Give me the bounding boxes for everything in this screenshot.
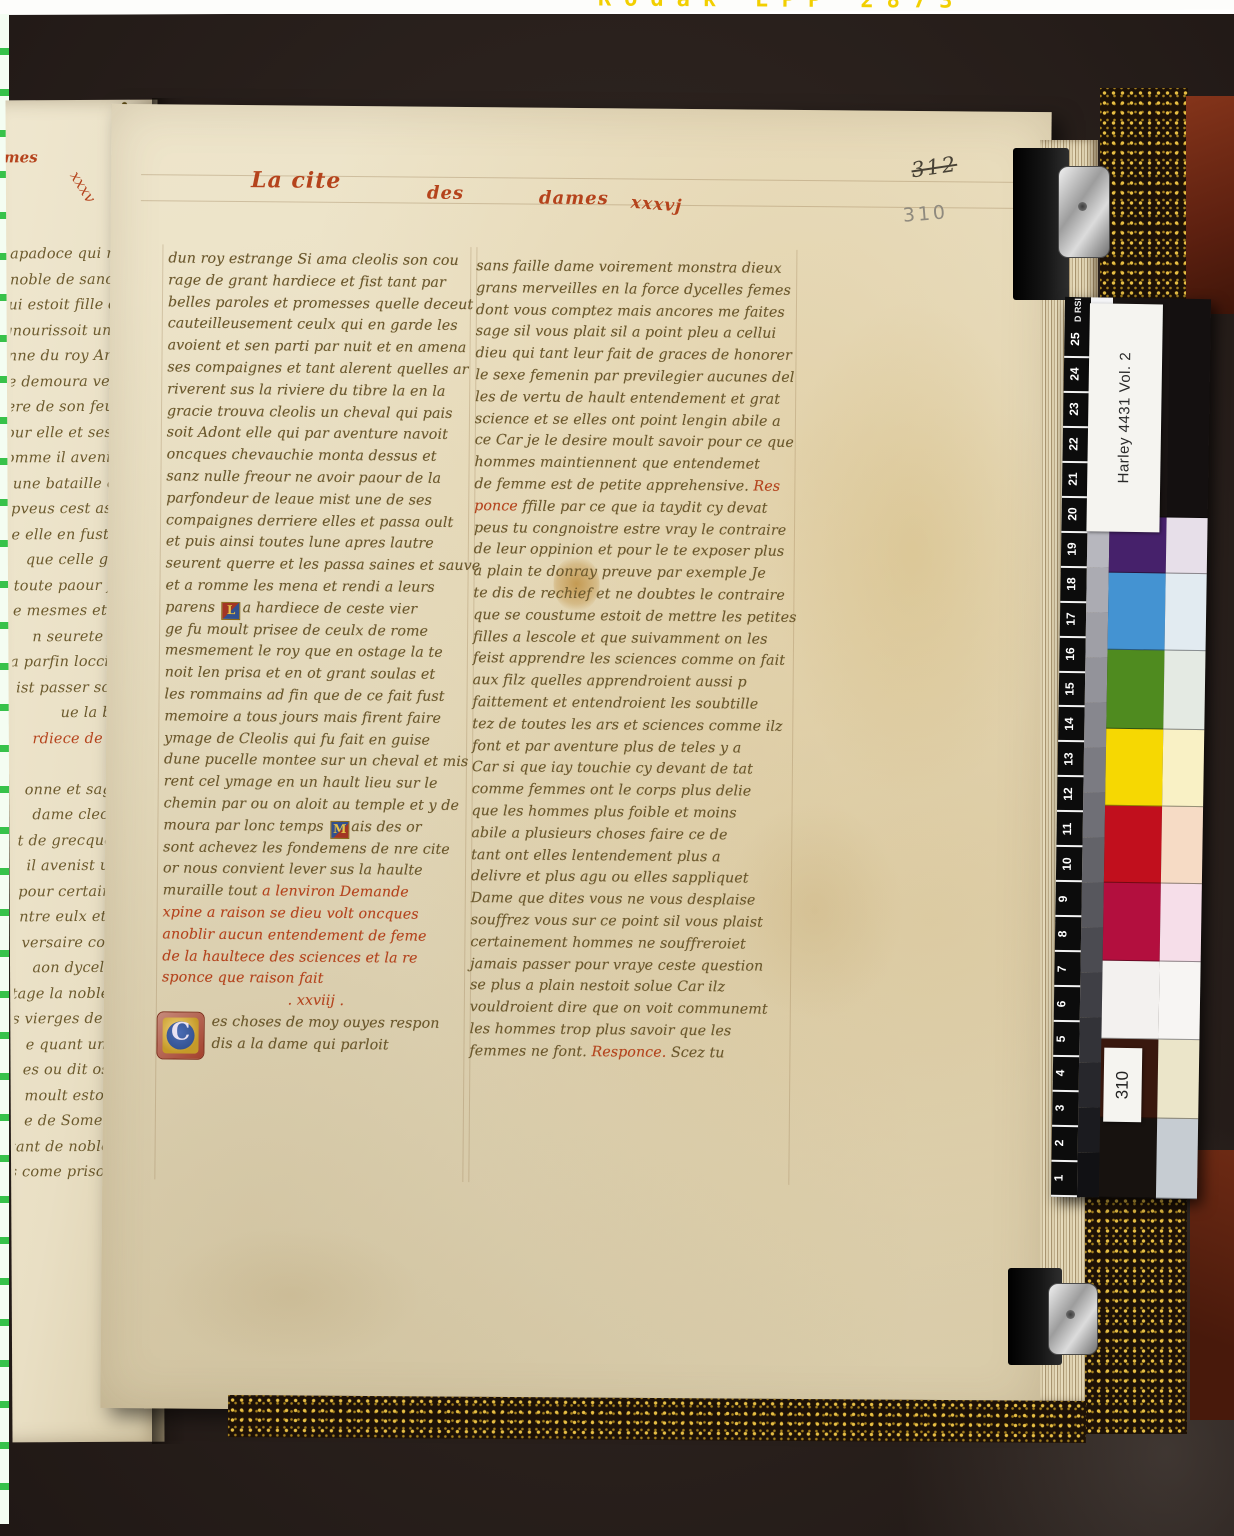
gilt-binding-border-top (1100, 88, 1188, 306)
color-patch-black-2 (1099, 1117, 1157, 1198)
manuscript-text-line: souffrez vous sur ce point sil vous plai… (470, 912, 778, 936)
leather-board-edge-top (1186, 96, 1234, 314)
ruler-tick-3: 3 (1052, 1092, 1079, 1127)
grayscale-step (1084, 702, 1107, 747)
running-header-des: des (427, 183, 464, 204)
ruler-tick-12: 12 (1057, 777, 1084, 812)
ruler-tick-6: 6 (1054, 987, 1081, 1022)
ruler-tick-18: 18 (1060, 568, 1087, 603)
manuscript-text-line: avoient et sen parti par nuit et en amen… (167, 338, 475, 362)
manuscript-text-line: vouldroient dire que on voit communemt (470, 999, 778, 1023)
tint-patch-cream (1157, 1040, 1199, 1119)
manuscript-text-line: se plus a plain nestoit solue Car ilz (470, 977, 778, 1001)
manuscript-text-line: de femme est de petite apprehensive. Res (474, 476, 782, 500)
manuscript-text-line: sanz nulle freour ne avoir paour de la (166, 468, 474, 492)
manuscript-text-line: les hommes trop plus savoir que les (470, 1021, 778, 1045)
manuscript-text-line: belles paroles et promesses quelle deceu… (168, 294, 476, 318)
manuscript-text-line: certainement hommes ne souffreroiet (470, 934, 778, 958)
ruler-tick-7: 7 (1054, 952, 1081, 987)
ruler-tick-17: 17 (1060, 602, 1087, 637)
manuscript-text-line: dune pucelle montee sur un cheval et mis (164, 752, 472, 776)
manuscript-text-line: memoire a tous jours mais firent faire (164, 708, 472, 732)
color-patch-blue (1108, 572, 1166, 650)
manuscript-text-line: comme femmes ont le corps plus delie (472, 781, 780, 805)
illuminated-initial-C: C (157, 1012, 203, 1058)
ruler-tick-15: 15 (1059, 672, 1086, 707)
manuscript-photograph: Kodak EPP 2873 mes xxxv en capadoce qui … (0, 0, 1234, 1536)
gilt-chemise-strip-bottom (228, 1395, 1086, 1443)
tint-patch-pale-peach (1161, 807, 1203, 885)
facing-folio-roman: xxxv (66, 168, 99, 206)
grayscale-step (1078, 1107, 1101, 1152)
illuminated-initial-L: L (222, 602, 241, 620)
manuscript-text-line: tez de toutes les ars et sciences comme … (472, 716, 780, 740)
manuscript-text-line: delivre et plus agu ou elles sappliquet (471, 868, 779, 892)
ruler-tick-4: 4 (1053, 1057, 1080, 1092)
manuscript-text-line: rage de grant hardiece et fist tant par (168, 272, 476, 296)
grayscale-step (1079, 1017, 1102, 1062)
ruler-tick-5: 5 (1053, 1022, 1080, 1057)
manuscript-text-line: ce Car je le desire moult savoir pour ce… (475, 432, 783, 456)
shelfmark-label: Harley 4431 Vol. 2 (1086, 303, 1163, 532)
manuscript-text-line: jamais passer pour vraye ceste question (470, 956, 778, 980)
grayscale-step (1083, 747, 1106, 792)
manuscript-text-line: les rommains ad fin que de ce fait fust (164, 686, 472, 710)
manuscript-text-line: oncques chevauchie monta dessus et (167, 447, 475, 471)
manuscript-text-line: grans merveilles en la force dycelles fe… (476, 280, 784, 304)
grayscale-step (1081, 882, 1104, 927)
grayscale-step (1078, 1062, 1101, 1107)
manuscript-text-line: les de vertu de hault entendement et gra… (475, 389, 783, 413)
ruler-top-text: D RSI (1065, 297, 1091, 323)
manuscript-text-line: ses compaignes et tant alerent quelles a… (167, 359, 475, 383)
text-column-right: sans faille dame voirement monstra dieux… (469, 258, 784, 1067)
color-patch-green (1106, 650, 1164, 729)
manuscript-text-line: seurent querre et les passa saines et sa… (166, 556, 474, 580)
grayscale-step (1080, 927, 1103, 972)
ruler-tick-9: 9 (1055, 882, 1082, 917)
manuscript-text-line: a plain te donray preuve par exemple Je (474, 563, 782, 587)
tint-patch-pale-blue (1165, 573, 1207, 651)
manuscript-text-line: faittement et entendroient les soubtille (472, 694, 780, 718)
ruler-tick-10: 10 (1056, 847, 1083, 882)
grayscale-step (1082, 837, 1105, 882)
ruler-tick-13: 13 (1058, 742, 1085, 777)
manuscript-text-line: compaignes derriere elles et passa oult (166, 512, 474, 536)
running-header-dames: dames (539, 188, 609, 210)
manuscript-text-line: mesmement le roy que en ostage la te (165, 643, 473, 667)
manuscript-text-line: de la haultece des sciences et la re (162, 948, 470, 972)
manuscript-text-line: ge fu moult prisee de ceulx de rome (165, 621, 473, 645)
manuscript-text-line: aux filz quelles apprendroient aussi p (473, 672, 781, 696)
manuscript-text-line: noit len prisa et en ot grant soulas et (165, 665, 473, 689)
film-edge-label: Kodak EPP 2873 (598, 0, 966, 14)
manuscript-text-line: riverent sus la riviere du tibre la en l… (167, 381, 475, 405)
manuscript-text-line: et puis ainsi toutes lune apres lautre (166, 534, 474, 558)
manuscript-text-line: soit Adont elle qui par aventure navoit (167, 425, 475, 449)
grayscale-step (1080, 972, 1103, 1017)
tint-patch-backing (1167, 299, 1211, 519)
manuscript-text-line: sont achevez les fondemens de nre cite (163, 839, 471, 863)
manuscript-text-line: anoblir aucun entendement de feme (162, 926, 470, 950)
tint-patch-pale-pink (1160, 884, 1202, 962)
grayscale-step (1077, 1152, 1100, 1197)
parchment-stain (766, 290, 1061, 813)
parchment-stain (161, 1224, 422, 1366)
folio-number-label: 310 (1103, 1048, 1142, 1123)
binder-clip-bottom-rivet (1066, 1310, 1075, 1319)
manuscript-page: La cite des dames xxxvj 312 310 C dun ro… (100, 104, 1051, 1416)
grayscale-step (1086, 567, 1109, 612)
tint-patch-pale-yellow (1162, 729, 1204, 807)
manuscript-text-line: Car si que iay touchie cy devant de tat (472, 759, 780, 783)
manuscript-text-line: Dame que dites vous ne vous desplaise (471, 890, 779, 914)
pencil-foliation-number: 310 (902, 201, 949, 226)
manuscript-text-line: te dis de rechief et ne doubtes le contr… (473, 585, 781, 609)
ruling-line (788, 250, 797, 1185)
grayscale-step (1085, 657, 1108, 702)
manuscript-text-line: dun roy estrange Si ama cleolis son cou (168, 250, 476, 274)
manuscript-text-line: parens La hardiece de ceste vier (165, 599, 473, 623)
manuscript-text-line: rent cel ymage en un hault lieu sur le (164, 774, 472, 798)
ruler-tick-25: 25 (1064, 323, 1091, 358)
manuscript-text-line: science et se elles ont point lengin abi… (475, 411, 783, 435)
text-column-left: C dun roy estrange Si ama cleolis son co… (161, 250, 476, 1059)
tint-patch-pale-lavender (1166, 518, 1208, 574)
manuscript-text-line: que les hommes plus foible et moins (471, 803, 779, 827)
tint-patch-white (1158, 961, 1200, 1040)
manuscript-text-line: que se coustume estoit de mettre les pet… (473, 607, 781, 631)
ruler-tick-14: 14 (1058, 707, 1085, 742)
ruler-tick-16: 16 (1059, 637, 1086, 672)
manuscript-text-line: filles a lescole et que suivamment on le… (473, 629, 781, 653)
manuscript-text-line: ponce ffille par ce que ia taydit cy dev… (474, 498, 782, 522)
ruler-tick-24: 24 (1064, 358, 1091, 393)
gilt-binding-border-bottom (1085, 1196, 1187, 1434)
manuscript-text-line: dieu qui tant leur fait de graces de hon… (475, 345, 783, 369)
illuminated-initial-M: M (330, 821, 349, 839)
grayscale-step (1085, 612, 1108, 657)
ruler-tick-8: 8 (1055, 917, 1082, 952)
color-patch-yellow (1105, 728, 1163, 806)
binder-clip-top-lever (1058, 166, 1110, 258)
manuscript-text-line: moura par lonc temps Mais des or (163, 817, 471, 841)
struck-foliation-number: 312 (910, 152, 959, 183)
manuscript-text-line: sponce que raison fait (162, 970, 470, 994)
film-edge-strip-top: Kodak EPP 2873 (0, 0, 1234, 15)
manuscript-text-line: abile a plusieurs choses faire ce de (471, 825, 779, 849)
initial-letter: C (157, 1016, 203, 1045)
manuscript-text-line: le sexe femenin par previlegier aucunes … (475, 367, 783, 391)
manuscript-text-line: sans faille dame voirement monstra dieux (476, 258, 784, 282)
manuscript-text-line: hommes maintiennent que entendemet (474, 454, 782, 478)
manuscript-text-line: gracie trouva cleolis un cheval qui pais (167, 403, 475, 427)
manuscript-text-line: femmes ne font. Responce. Scez tu (469, 1043, 777, 1067)
color-patch-white (1101, 960, 1159, 1039)
manuscript-text-line: dis a la dame qui parloit (161, 1035, 469, 1059)
manuscript-text-line: peus tu congnoistre estre vray le contra… (474, 520, 782, 544)
manuscript-text-line: sage sil vous plait sil a point pleu a c… (476, 323, 784, 347)
manuscript-text-line: cauteilleusement ceulx qui en garde les (168, 316, 476, 340)
ruler-tick-21: 21 (1062, 463, 1089, 498)
manuscript-text-line: font et par aventure plus de teles y a (472, 738, 780, 762)
ruler-tick-22: 22 (1062, 428, 1089, 463)
running-header-title: La cite (251, 167, 342, 194)
manuscript-text-line: dont vous comptez mais ancores me faites (476, 302, 784, 326)
ruler-tick-2: 2 (1051, 1127, 1078, 1162)
color-calibration-bar: D RSI 2524232221201918171615141312111098… (1051, 297, 1211, 1199)
ruler-tick-11: 11 (1056, 812, 1083, 847)
manuscript-text-line: feist apprendre les sciences comme on fa… (473, 650, 781, 674)
manuscript-text-line: . xxviij . (162, 991, 470, 1015)
manuscript-text-line: et a romme les mena et rendi a leurs (165, 577, 473, 601)
manuscript-text-line: chemin par ou on aloit au temple et y de (163, 795, 471, 819)
binder-clip-top-rivet (1078, 202, 1087, 211)
manuscript-text-line: xpine a raison se dieu volt oncques (163, 904, 471, 928)
facing-running-header-fragment: mes (5, 148, 113, 167)
tint-patch-pale-mint (1163, 651, 1205, 730)
manuscript-text-line: tant ont elles lentendement plus a (471, 847, 779, 871)
manuscript-text-line: es choses de moy ouyes respon (162, 1013, 470, 1037)
ruler-tick-20: 20 (1061, 498, 1088, 533)
ruler-tick-1: 1 (1051, 1162, 1078, 1197)
binder-clip-bottom-lever (1048, 1283, 1098, 1355)
grayscale-step (1083, 792, 1106, 837)
ruler-tick-23: 23 (1063, 393, 1090, 428)
tint-patch-light-gray (1156, 1118, 1198, 1199)
running-header-folio-roman: xxxvj (630, 193, 683, 217)
manuscript-text-line: ymage de Cleolis qui fu fait en guise (164, 730, 472, 754)
ruler-tick-19: 19 (1061, 533, 1088, 568)
color-patch-red (1104, 806, 1162, 884)
manuscript-text-line: or nous convient lever sus la haulte (163, 861, 471, 885)
color-patch-crimson (1103, 883, 1161, 961)
manuscript-text-line: muraille tout a lenviron Demande (163, 883, 471, 907)
manuscript-text-line: parfondeur de leaue mist une de ses (166, 490, 474, 514)
manuscript-text-line: de leur oppinion et pour le te exposer p… (474, 541, 782, 565)
